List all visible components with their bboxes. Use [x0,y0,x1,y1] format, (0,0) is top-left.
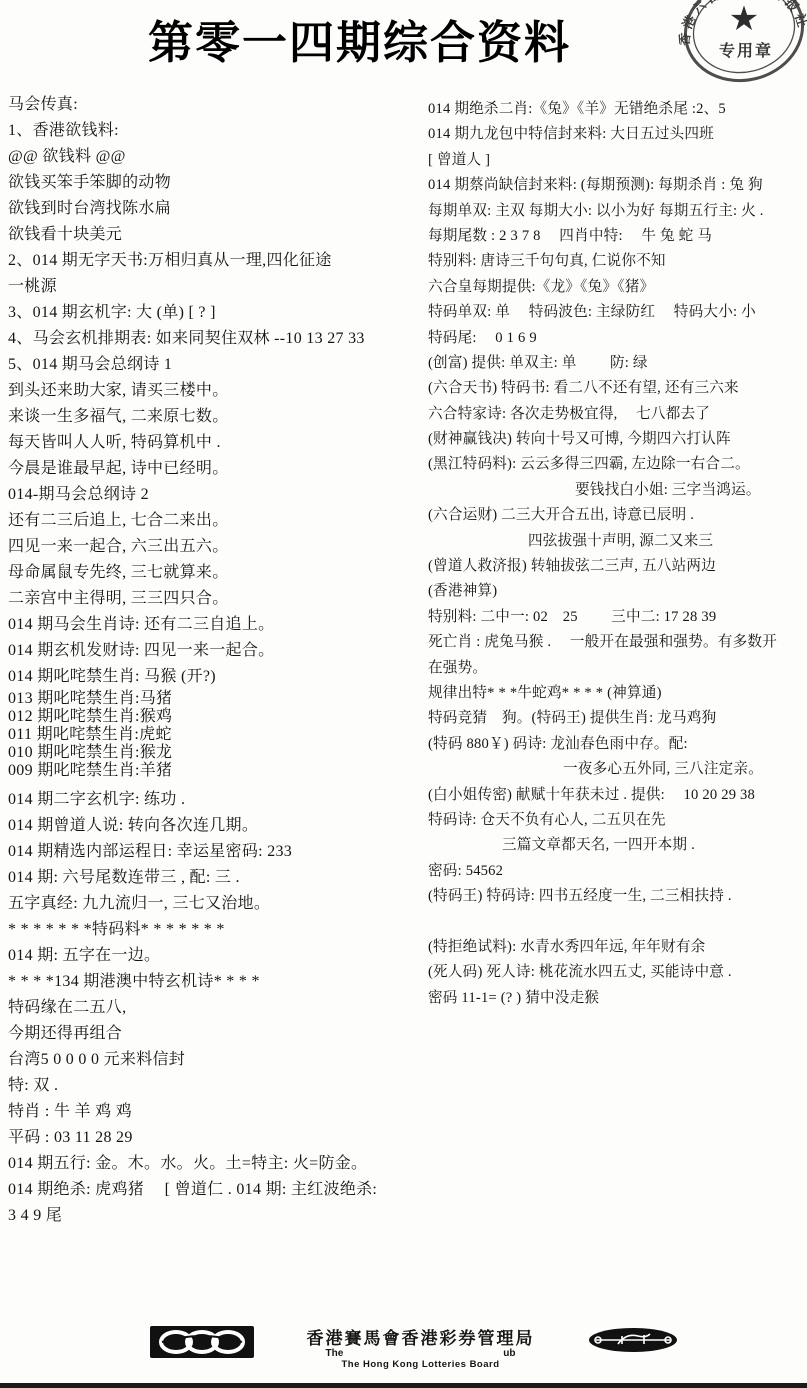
text-line: 特别料: 唐诗三千句句真, 仁说你不知 [428,249,807,274]
text-line: 012 期叱咤禁生肖:猴鸡 [8,708,424,726]
text-line: (财神赢钱决) 转向十号又可博, 今期四六打认阵 [428,427,807,452]
text-line: 欲钱看十块美元 [8,222,424,248]
stamp-label: 专用章 [719,41,773,60]
text-line: 特肖 : 牛 羊 鸡 鸡 [8,1099,424,1125]
text-line: 今期还得再组合 [8,1021,424,1047]
hkjc-logo [150,1326,254,1358]
text-line: 四弦拔强十声明, 源二又来三 [428,529,807,554]
text-line: 013 期叱咤禁生肖:马猪 [8,690,424,708]
text-line: 五字真经: 九九流归一, 三七又治地。 [8,891,424,917]
left-column: 马会传真:1、香港欲钱料:@@ 欲钱料 @@欲钱买笨手笨脚的动物欲钱到时台湾找陈… [8,92,424,1229]
text-line: 台湾5 0 0 0 0 元来料信封 [8,1047,424,1073]
text-line: 平码 : 03 11 28 29 [8,1125,424,1151]
text-line: * * * * * * *特码料* * * * * * * [8,917,424,943]
text-line: 014-期马会总纲诗 2 [8,482,424,508]
text-line: (黑江特码料): 云云多得三四霸, 左边除一右合二。 [428,452,807,477]
text-line: (创富) 提供: 单双主: 单 防: 绿 [428,351,807,376]
text-line: (六合天书) 特码书: 看二八不还有望, 还有三六来 [428,376,807,401]
text-line: @@ 欲钱料 @@ [8,144,424,170]
text-line: 4、马会玄机排期表: 如来同契住双林 --10 13 27 33 [8,326,424,352]
text-line: 014 期二字玄机字: 练功 . [8,787,424,813]
text-line: 特: 双 . [8,1073,424,1099]
text-line: 014 期叱咤禁生肖: 马猴 (开?) [8,664,424,690]
text-line: (香港神算) [428,579,807,604]
text-line: 014 期马会生肖诗: 还有二三自追上。 [8,612,424,638]
text-line: 一桃源 [8,274,424,300]
text-line [428,910,807,935]
text-line: 014 期五行: 金。木。水。火。土=特主: 火=防金。 [8,1151,424,1177]
text-line: 特码竞猜 狗。(特码王) 提供生肖: 龙马鸡狗 [428,706,807,731]
text-line: 3 4 9 尾 [8,1203,424,1229]
text-line: 一夜多心五外同, 三八注定亲。 [428,757,807,782]
text-line: 009 期叱咤禁生肖:羊猪 [8,762,424,780]
scan-bottom-edge [0,1383,807,1388]
text-line: 014 期绝杀: 虎鸡猪 [ 曾道仁 . 014 期: 主红波绝杀: [8,1177,424,1203]
text-line: 014 期曾道人说: 转向各次连几期。 [8,813,424,839]
text-line: (特码 880￥) 码诗: 龙汕春色雨中存。配: [428,732,807,757]
text-line: 马会传真: [8,92,424,118]
text-line: 每天皆叫人人听, 特码算机中 . [8,430,424,456]
text-line: (白小姐传密) 献赋十年获未过 . 提供: 10 20 29 38 [428,783,807,808]
text-line: 014 期绝杀二肖:《兔》《羊》无错绝杀尾 :2、5 [428,97,807,122]
text-line: 特码缘在二五八, [8,995,424,1021]
text-line: 每期尾数 : 2 3 7 8 四肖中特: 牛 兔 蛇 马 [428,224,807,249]
official-stamp: 香港六合彩特码日报社 ★ 专用章 [678,0,807,90]
right-column: 014 期绝杀二肖:《兔》《羊》无错绝杀尾 :2、5014 期九龙包中特信封来料… [428,97,807,1011]
star-icon: ★ [729,0,759,39]
text-line: 特码单双: 单 特码波色: 主绿防红 特码大小: 小 [428,300,807,325]
text-line: 014 期蔡尚缺信封来料: (每期预测): 每期杀肖 : 兔 狗 [428,173,807,198]
text-line: 四见一来一起合, 六三出五六。 [8,534,424,560]
scanned-lottery-sheet: 第零一四期综合资料 香港六合彩特码日报社 ★ 专用章 马会传真:1、香港欲钱料:… [0,0,807,1388]
text-line: 欲钱买笨手笨脚的动物 [8,170,424,196]
text-line: 二亲宫中主得明, 三三四只合。 [8,586,424,612]
text-line: 在强势。 [428,656,807,681]
text-line: 密码 11-1= (? ) 猜中没走猴 [428,986,807,1011]
text-line: 014 期玄机发财诗: 四见一来一起合。 [8,638,424,664]
text-line: 014 期精选内部运程日: 幸运星密码: 233 [8,839,424,865]
text-line: 还有二三后追上, 七合二来出。 [8,508,424,534]
text-line: 规律出特* * *牛蛇鸡* * * * (神算通) [428,681,807,706]
footer-chinese-title: 香港賽馬會香港彩券管理局 [268,1324,573,1349]
text-line: 特码尾: 0 1 6 9 [428,326,807,351]
text-line: 三篇文章都天名, 一四开本期 . [428,833,807,858]
horse-logo [588,1327,678,1353]
text-line: 六合特家诗: 各次走势极宜得, 七八都去了 [428,402,807,427]
footer-english-left: The [326,1349,344,1359]
text-line: 014 期: 五字在一边。 [8,943,424,969]
text-line: 特别料: 二中一: 02 25 三中二: 17 28 39 [428,605,807,630]
text-line: (曾道人救济报) 转轴拔弦二三声, 五八站两边 [428,554,807,579]
text-line: 死亡肖 : 虎兔马猴 . 一般开在最强和强势。有多数开 [428,630,807,655]
text-line: 特码诗: 仓天不负有心人, 二五贝在先 [428,808,807,833]
footer-english-partial: The ub [326,1349,516,1359]
text-line: 来谈一生多福气, 二来原七数。 [8,404,424,430]
text-line: * * * *134 期港澳中特玄机诗* * * * [8,969,424,995]
text-line: 010 期叱咤禁生肖:猴龙 [8,744,424,762]
footer-english-line: The Hong Kong Lotteries Board [268,1359,573,1370]
text-line: (六合运财) 二三大开合五出, 诗意已辰明 . [428,503,807,528]
text-line: (特拒绝试料): 水青水秀四年远, 年年财有余 [428,935,807,960]
text-line: 1、香港欲钱料: [8,118,424,144]
text-line: 3、014 期玄机字: 大 (单) [ ? ] [8,300,424,326]
text-line: 母命属鼠专先终, 三七就算来。 [8,560,424,586]
text-line: 014 期: 六号尾数连带三 , 配: 三 . [8,865,424,891]
text-line: 011 期叱咤禁生肖:虎蛇 [8,726,424,744]
text-line: 到头还来助大家, 请买三楼中。 [8,378,424,404]
text-line: 今晨是谁最早起, 诗中已经明。 [8,456,424,482]
text-line: 每期单双: 主双 每期大小: 以小为好 每期五行主: 火 . [428,199,807,224]
text-line: (死人码) 死人诗: 桃花流水四五丈, 买能诗中意 . [428,960,807,985]
footer-text: 香港賽馬會香港彩券管理局 The ub The Hong Kong Lotter… [268,1324,573,1370]
footer-english-right: ub [503,1349,515,1359]
text-line: 014 期九龙包中特信封来料: 大日五过头四班 [428,122,807,147]
text-line: 要钱找白小姐: 三字当鸿运。 [428,478,807,503]
text-line: [ 曾道人 ] [428,148,807,173]
page-title: 第零一四期综合资料 [148,6,571,71]
text-line: 欲钱到时台湾找陈水扁 [8,196,424,222]
text-line: 2、014 期无字天书:万相归真从一理,四化征途 [8,248,424,274]
text-line: 六合皇每期提供:《龙》《兔》《猪》 [428,275,807,300]
text-line: (特码王) 特码诗: 四书五经度一生, 二三相扶持 . [428,884,807,909]
text-line: 5、014 期马会总纲诗 1 [8,352,424,378]
text-line: 密码: 54562 [428,859,807,884]
